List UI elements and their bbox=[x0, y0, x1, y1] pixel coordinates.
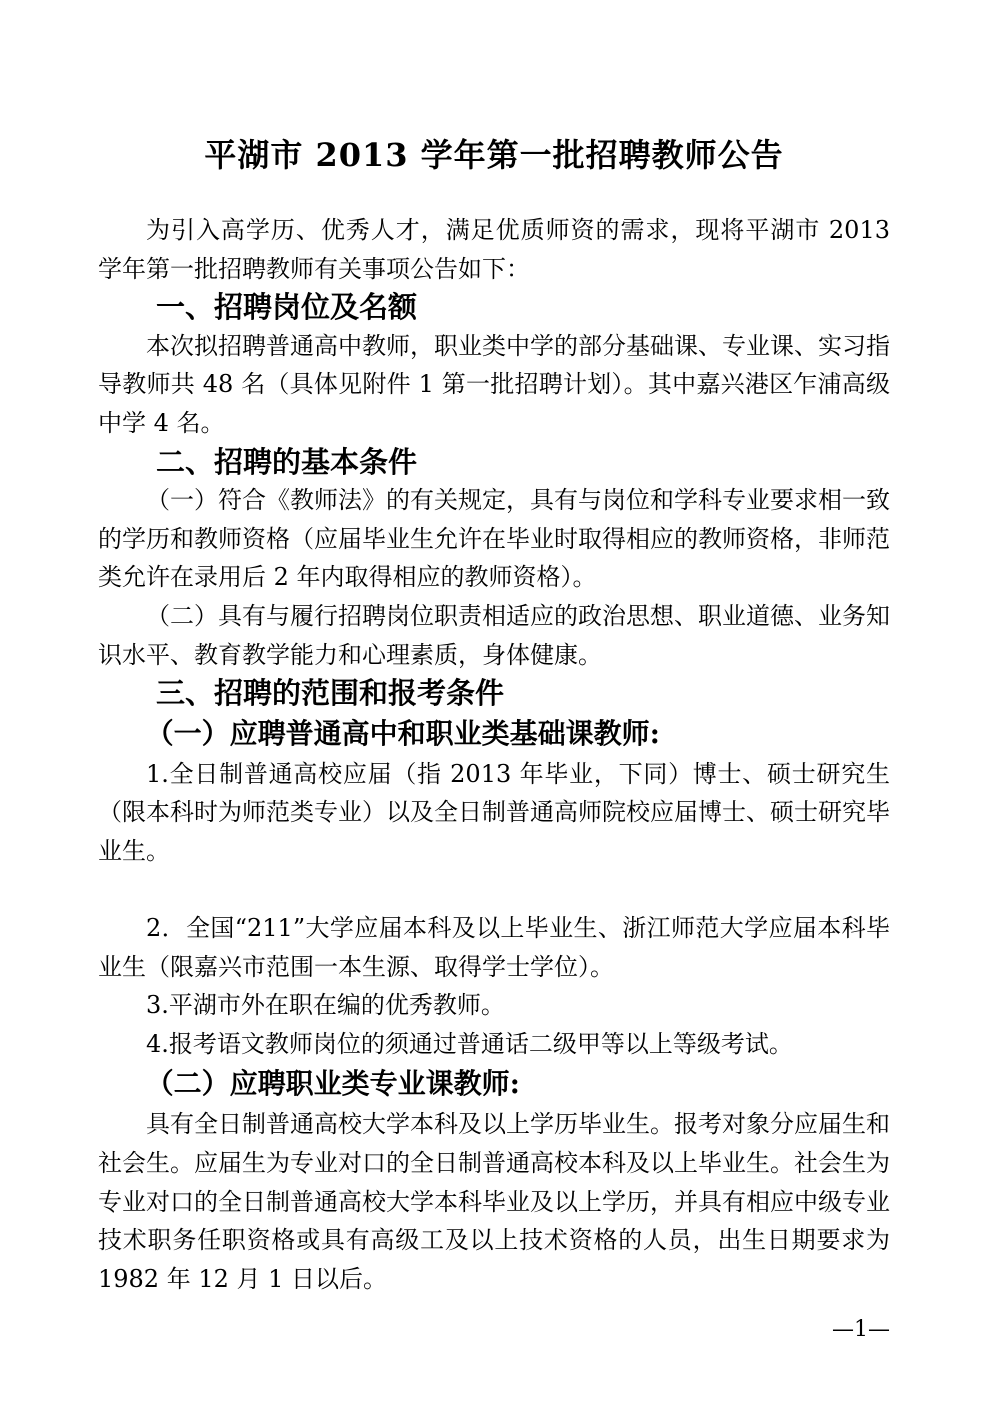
document-page: 平湖市 2013 学年第一批招聘教师公告 为引入高学历、优秀人才，满足优质师资的… bbox=[0, 0, 993, 1404]
paragraph-vocational-requirements: 具有全日制普通高校大学本科及以上学历毕业生。报考对象分应届生和社会生。应届生为专… bbox=[98, 1105, 890, 1298]
paragraph-item-1: 1.全日制普通高校应届（指 2013 年毕业，下同）博士、硕士研究生（限本科时为… bbox=[98, 755, 890, 871]
heading-section-2: 二、招聘的基本条件 bbox=[98, 443, 890, 482]
page-number: —1— bbox=[832, 1318, 890, 1342]
paragraph-condition-1: （一）符合《教师法》的有关规定，具有与岗位和学科专业要求相一致的学历和教师资格（… bbox=[98, 481, 890, 597]
document-title: 平湖市 2013 学年第一批招聘教师公告 bbox=[98, 132, 890, 178]
paragraph-intro: 为引入高学历、优秀人才，满足优质师资的需求，现将平湖市 2013 学年第一批招聘… bbox=[98, 211, 890, 288]
subheading-general-teachers: （一）应聘普通高中和职业类基础课教师: bbox=[98, 713, 890, 755]
heading-section-1: 一、招聘岗位及名额 bbox=[98, 288, 890, 327]
subheading-vocational-teachers: （二）应聘职业类专业课教师: bbox=[98, 1063, 890, 1105]
paragraph-item-3: 3.平湖市外在职在编的优秀教师。 bbox=[98, 986, 890, 1025]
paragraph-positions-quota: 本次拟招聘普通高中教师，职业类中学的部分基础课、专业课、实习指导教师共 48 名… bbox=[98, 327, 890, 443]
paragraph-condition-2: （二）具有与履行招聘岗位职责相适应的政治思想、职业道德、业务知识水平、教育教学能… bbox=[98, 597, 890, 674]
paragraph-item-4: 4.报考语文教师岗位的须通过普通话二级甲等以上等级考试。 bbox=[98, 1025, 890, 1064]
paragraph-item-2: 2．全国“211”大学应届本科及以上毕业生、浙江师范大学应届本科毕业生（限嘉兴市… bbox=[98, 909, 890, 986]
heading-section-3: 三、招聘的范围和报考条件 bbox=[98, 674, 890, 713]
